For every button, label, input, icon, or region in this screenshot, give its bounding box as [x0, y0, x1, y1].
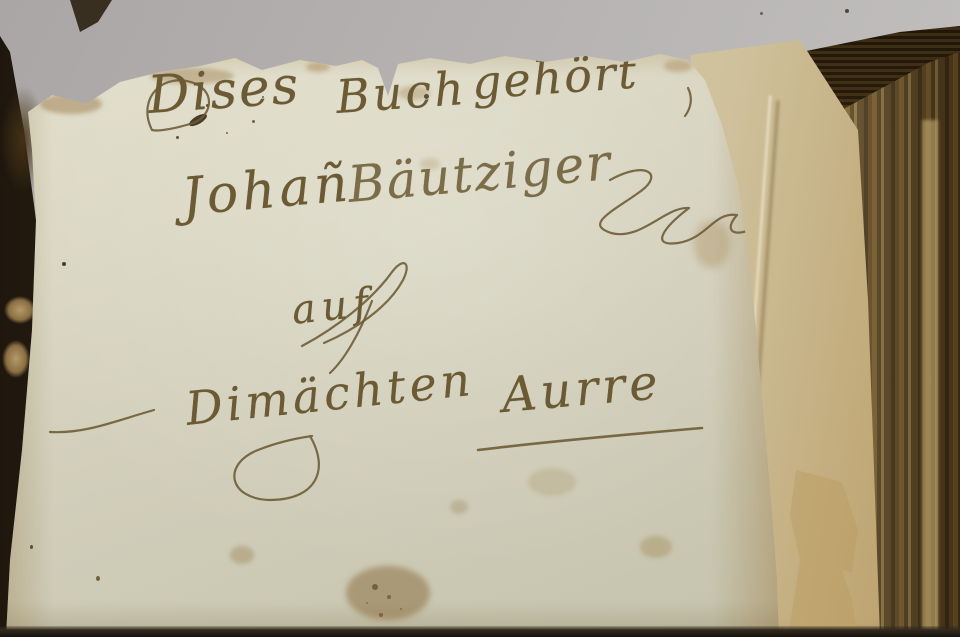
ink-dot: [226, 132, 228, 134]
handwriting-word: Buch: [334, 61, 468, 124]
stain: [40, 94, 102, 114]
dark-speck: [96, 576, 100, 581]
book-photo: Dises Buch gehört Johañ Bäutziger auf Di…: [0, 0, 960, 637]
table-shadow: [0, 626, 960, 637]
stain-large: [346, 566, 430, 620]
handwriting-word: auf: [290, 280, 377, 334]
handwriting-word: gehört: [470, 44, 640, 109]
handwriting-word: Dimächten: [183, 352, 476, 436]
dark-speck: [30, 545, 33, 549]
fore-edge-light-page: [922, 120, 938, 637]
dust-speck: [845, 9, 849, 13]
ink-dot: [252, 120, 255, 123]
stain: [664, 60, 692, 72]
stain-speckles: [372, 584, 378, 590]
handwriting-word: Dises: [146, 55, 302, 125]
ink-dot: [176, 136, 179, 139]
stain: [640, 536, 672, 558]
stain: [450, 500, 468, 514]
binding-cord: [2, 340, 30, 378]
torn-edge-stain-top: [20, 18, 765, 76]
handwriting-word: Bäutziger: [345, 133, 614, 214]
stain: [528, 468, 576, 496]
stain: [306, 62, 330, 72]
handwriting-word: Johañ: [179, 153, 354, 228]
underline-stroke: [478, 428, 702, 450]
binding-cord: [4, 296, 36, 324]
flourish-comma: [685, 88, 691, 116]
flourish-descender-loop: [234, 436, 319, 500]
dark-speck: [62, 262, 66, 266]
handwriting-word-underlined: Aurre: [500, 354, 664, 424]
flourish-lead-in: [50, 410, 154, 432]
dust-speck: [760, 12, 763, 15]
stain: [230, 546, 254, 564]
stain: [694, 220, 730, 268]
